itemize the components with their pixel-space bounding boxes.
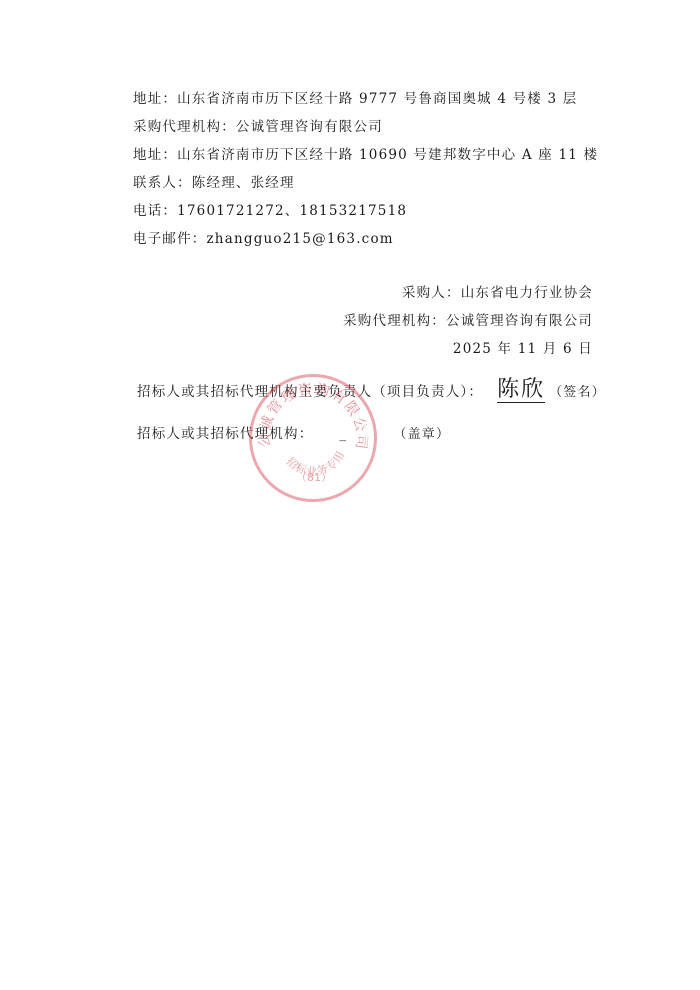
svg-text:公诚管理咨询有限公司: 公诚管理咨询有限公司 (257, 381, 370, 452)
agency-name: 采购代理机构：公诚管理咨询有限公司 (133, 118, 383, 136)
email-address: 电子邮件：zhangguo215@163.com (133, 230, 394, 248)
agency-address: 地址：山东省济南市历下区经十路 10690 号建邦数字中心 A 座 11 楼 (133, 146, 598, 164)
agency-signature-line: 采购代理机构：公诚管理咨询有限公司 (343, 312, 593, 330)
seal-icon: 公诚管理咨询有限公司 招标业务专用章 （81） (252, 377, 374, 499)
phone-numbers: 电话：17601721272、18153217518 (133, 202, 407, 220)
seal-outer-text: 公诚管理咨询有限公司 (257, 381, 370, 452)
seal-note: （盖章） (393, 427, 450, 442)
document-date: 2025 年 11 月 6 日 (453, 340, 593, 358)
buyer-address: 地址：山东省济南市历下区经十路 9777 号鲁商国奥城 4 号楼 3 层 (133, 90, 577, 108)
handwritten-signature: 陈欣 (497, 378, 545, 403)
seal-code: （81） (296, 471, 332, 484)
company-seal-stamp: 公诚管理咨询有限公司 招标业务专用章 （81） (249, 374, 377, 502)
signature-note: （签名） (549, 385, 606, 400)
contact-persons: 联系人：陈经理、张经理 (133, 174, 295, 192)
buyer-signature-line: 采购人：山东省电力行业协会 (402, 284, 593, 302)
